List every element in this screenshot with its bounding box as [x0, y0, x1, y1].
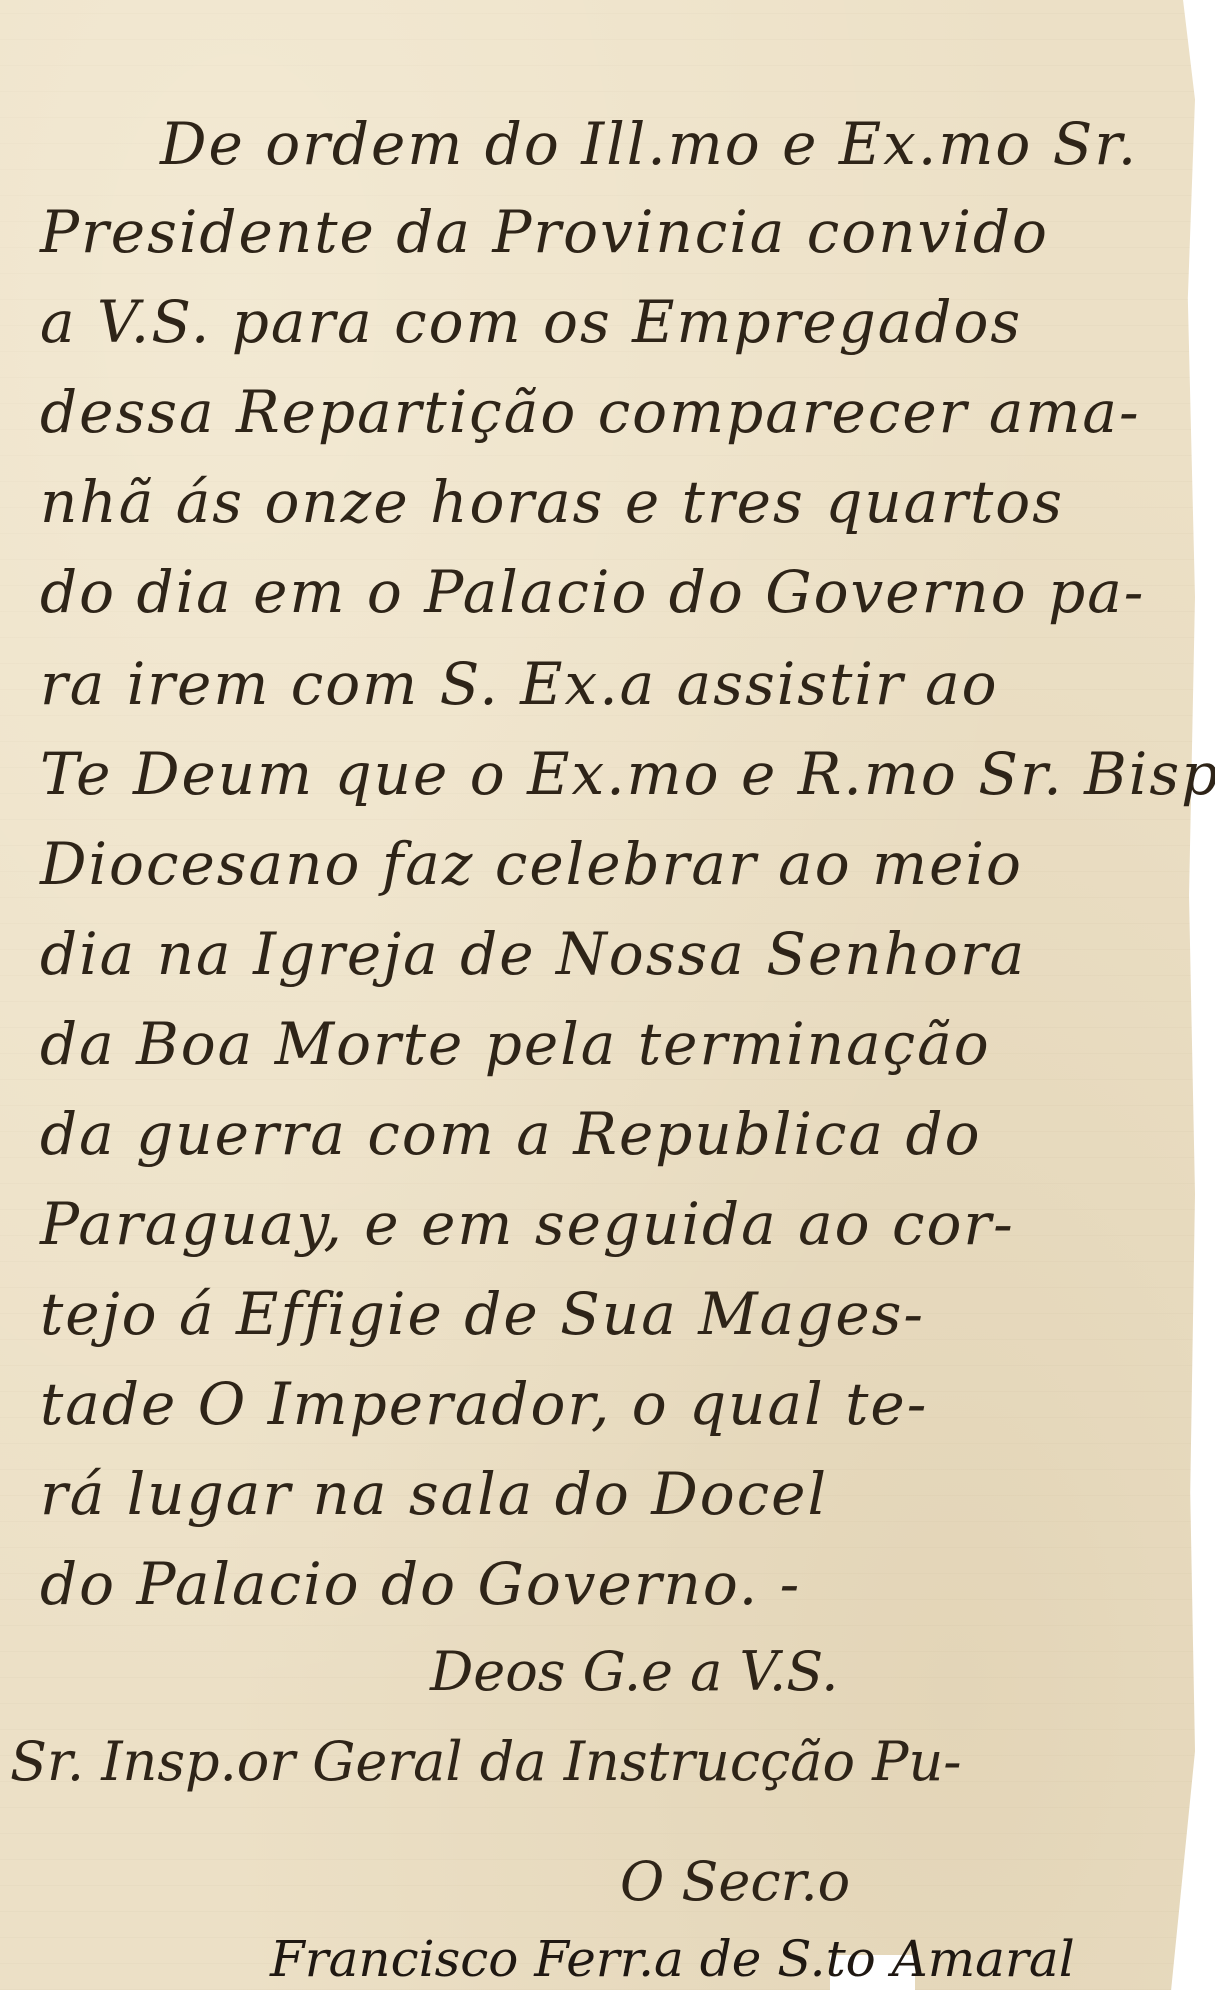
- body-line: da Boa Morte pela terminação: [40, 1010, 991, 1078]
- body-line: De ordem do Ill.mo e Ex.mo Sr.: [160, 110, 1138, 178]
- body-line: do dia em o Palacio do Governo pa-: [40, 558, 1145, 626]
- body-line: nhã ás onze horas e tres quartos: [40, 468, 1064, 536]
- closing-formula: Deos G.e a V.S.: [430, 1640, 838, 1703]
- body-line: Paraguay, e em seguida ao cor-: [40, 1190, 1015, 1258]
- addressee-line: Sr. Insp.or Geral da Instrucção Pu-: [10, 1730, 962, 1793]
- body-line: Presidente da Provincia convido: [40, 198, 1049, 266]
- signature: Francisco Ferr.a de S.to Amaral: [270, 1930, 1075, 1988]
- body-line: Te Deum que o Ex.mo e R.mo Sr. Bispo: [40, 740, 1215, 808]
- body-line: dia na Igreja de Nossa Senhora: [40, 920, 1026, 988]
- body-line: ra irem com S. Ex.a assistir ao: [40, 650, 999, 718]
- valediction: O Secr.o: [620, 1850, 850, 1913]
- body-line: tade O Imperador, o qual te-: [40, 1370, 928, 1438]
- body-line: da guerra com a Republica do: [40, 1100, 982, 1168]
- body-line: rá lugar na sala do Docel: [40, 1460, 828, 1528]
- body-line: a V.S. para com os Empregados: [40, 288, 1022, 356]
- body-line: Diocesano faz celebrar ao meio: [40, 830, 1023, 898]
- body-line: dessa Repartição comparecer ama-: [40, 378, 1141, 446]
- body-line: do Palacio do Governo. -: [40, 1550, 801, 1618]
- body-line: tejo á Effigie de Sua Mages-: [40, 1280, 925, 1348]
